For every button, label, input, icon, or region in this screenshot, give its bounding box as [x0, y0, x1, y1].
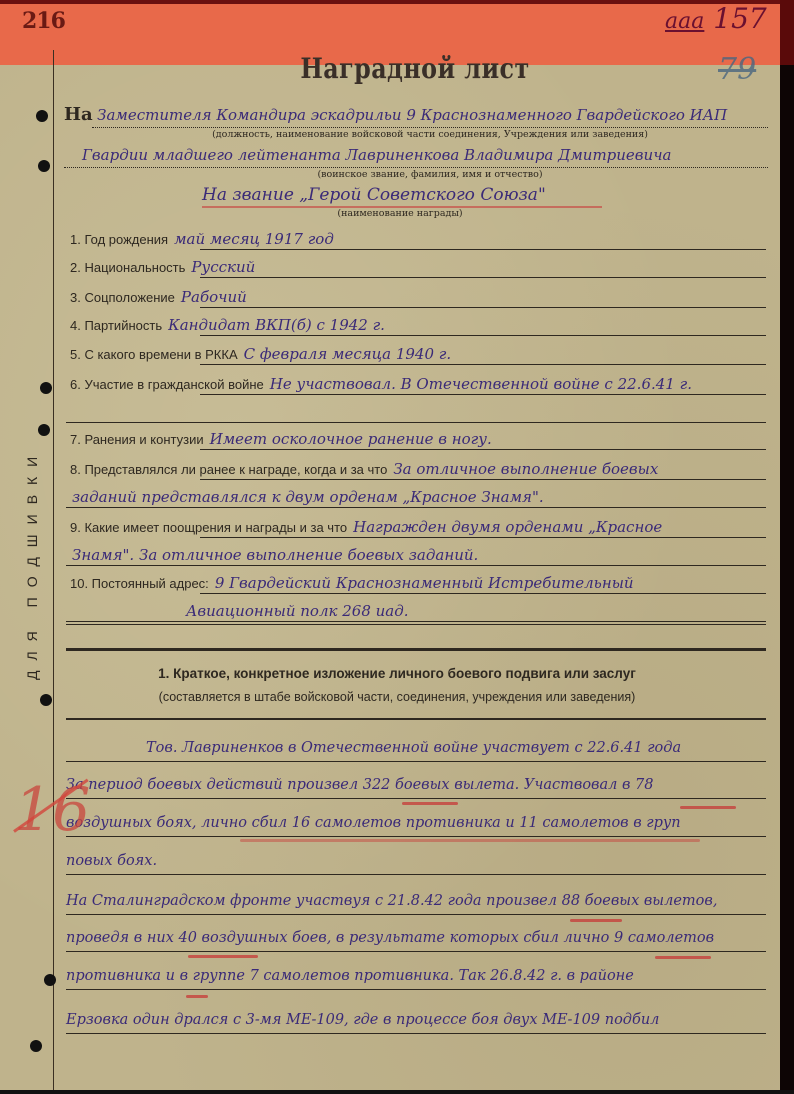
- narrative-line: На Сталинградском фронте участвуя с 21.8…: [66, 893, 717, 909]
- field-label: 4. Партийность: [70, 318, 162, 333]
- field-rule: [66, 507, 766, 508]
- field-rule: [66, 621, 766, 622]
- field-value: С февраля месяца 1940 г.: [244, 345, 452, 363]
- red-highlight: [680, 806, 736, 809]
- name-line: [64, 167, 768, 168]
- award-sheet: 216 ааа 157 79 Наградной лист На Замести…: [0, 0, 780, 1090]
- section-bottom-rule: [66, 718, 766, 720]
- recipient-prefix: На: [64, 104, 93, 125]
- red-highlight: [186, 995, 208, 998]
- field-label: 1. Год рождения: [70, 232, 168, 247]
- field-row: 9. Какие имеет поощрения и награды и за …: [70, 518, 662, 537]
- field-value: Авиационный полк 268 иад.: [186, 602, 409, 620]
- red-highlight: [240, 839, 700, 842]
- binding-hole: [38, 424, 50, 436]
- field-rule: [200, 449, 766, 450]
- narrative-rule: [66, 761, 766, 762]
- field-rule: [200, 479, 766, 480]
- field-row: 2. НациональностьРусский: [70, 258, 255, 277]
- award-name: На звание „Герой Советского Союза": [202, 185, 546, 205]
- field-value: Награжден двумя орденами „Красное: [353, 518, 662, 536]
- award-row: На звание „Герой Советского Союза": [202, 185, 546, 205]
- scan-edge-right: [780, 0, 794, 1094]
- binding-hole: [30, 1040, 42, 1052]
- binding-hole: [44, 974, 56, 986]
- field-row: 4. ПартийностьКандидат ВКП(б) с 1942 г.: [70, 316, 385, 335]
- field-value: заданий представлялся к двум орденам „Кр…: [72, 488, 544, 506]
- page-title: Наградной лист: [62, 52, 768, 85]
- binding-hole: [40, 382, 52, 394]
- narrative-line: Ерзовка один дрался с 3-мя МЕ-109, где в…: [66, 1012, 659, 1028]
- field-value: май месяц 1917 год: [174, 230, 334, 248]
- field-row: 5. С какого времени в РККАС февраля меся…: [70, 345, 451, 364]
- field-value: 9 Гвардейский Краснознаменный Истребител…: [215, 574, 634, 592]
- section-subtitle: (составляется в штабе войсковой части, с…: [0, 690, 794, 704]
- field-row: 1. Год рождениямай месяц 1917 год: [70, 230, 334, 249]
- field-row: 10. Постоянный адрес:9 Гвардейский Красн…: [70, 574, 634, 593]
- field-row: 7. Ранения и контузииИмеет осколочное ра…: [70, 430, 492, 449]
- field-row: Знамя". За отличное выполнение боевых за…: [66, 546, 478, 565]
- sheet-number: 216: [22, 8, 65, 34]
- recipient-position: Заместителя Командира эскадрильи 9 Красн…: [97, 106, 727, 124]
- narrative-rule: [66, 836, 766, 837]
- narrative-line: воздушных боях, лично сбил 16 самолетов …: [66, 815, 681, 831]
- narrative-line: противника и в группе 7 самолетов против…: [66, 968, 634, 984]
- award-caption: (наименование награды): [300, 208, 500, 219]
- side-label-for-binding: ДЛЯ ПОДШИВКИ: [24, 447, 40, 680]
- scan-edge-top: [0, 0, 794, 4]
- field-value: Кандидат ВКП(б) с 1942 г.: [168, 316, 385, 334]
- field-rule: [200, 537, 766, 538]
- red-highlight: [570, 919, 622, 922]
- narrative-rule: [66, 1033, 766, 1034]
- field-label: 9. Какие имеет поощрения и награды и за …: [70, 520, 347, 535]
- position-caption: (должность, наименование войсковой части…: [100, 129, 760, 140]
- field-rule: [200, 394, 766, 395]
- narrative-rule: [66, 989, 766, 990]
- archive-code: ааа 157: [665, 2, 767, 35]
- field-row: 3. СоцположениеРабочий: [70, 288, 247, 307]
- field-label: 2. Национальность: [70, 260, 185, 275]
- section-title: 1. Краткое, конкретное изложение личного…: [0, 666, 794, 681]
- field-row: заданий представлялся к двум орденам „Кр…: [66, 488, 544, 507]
- blank-rule: [66, 624, 766, 625]
- field-value: За отличное выполнение боевых: [393, 460, 658, 478]
- section-top-rule: [66, 648, 766, 651]
- field-rule: [200, 307, 766, 308]
- narrative-line: За период боевых действий произвел 322 б…: [66, 777, 653, 793]
- red-highlight: [655, 956, 711, 959]
- field-rule: [200, 277, 766, 278]
- field-value: Имеет осколочное ранение в ногу.: [210, 430, 492, 448]
- position-line: [92, 127, 768, 128]
- field-label: 10. Постоянный адрес:: [70, 576, 209, 591]
- narrative-rule: [66, 798, 766, 799]
- field-row: 6. Участие в гражданской войнеНе участво…: [70, 375, 692, 394]
- blank-rule: [66, 422, 766, 423]
- field-value: Русский: [191, 258, 255, 276]
- field-row: Авиационный полк 268 иад.: [180, 602, 409, 621]
- field-label: 7. Ранения и контузии: [70, 432, 204, 447]
- narrative-rule: [66, 914, 766, 915]
- scan-edge-right-top: [780, 0, 794, 65]
- field-label: 6. Участие в гражданской войне: [70, 377, 264, 392]
- field-value: Рабочий: [181, 288, 247, 306]
- field-rule: [66, 565, 766, 566]
- field-value: Знамя". За отличное выполнение боевых за…: [72, 546, 478, 564]
- field-rule: [200, 249, 766, 250]
- narrative-line: повых боях.: [66, 853, 157, 869]
- field-rule: [200, 335, 766, 336]
- recipient-name-row: Гвардии младшего лейтенанта Лавриненкова…: [82, 146, 671, 165]
- field-label: 3. Соцположение: [70, 290, 175, 305]
- field-label: 8. Представлялся ли ранее к награде, ког…: [70, 462, 387, 477]
- red-highlight: [402, 802, 458, 805]
- recipient-position-row: На Заместителя Командира эскадрильи 9 Кр…: [64, 104, 727, 125]
- field-rule: [200, 364, 766, 365]
- field-rule: [200, 593, 766, 594]
- binding-margin-line: [53, 50, 54, 1090]
- field-value: Не участвовал. В Отечественной войне с 2…: [270, 375, 692, 393]
- narrative-rule: [66, 951, 766, 952]
- field-label: 5. С какого времени в РККА: [70, 347, 238, 362]
- binding-hole: [40, 694, 52, 706]
- name-caption: (воинское звание, фамилия, имя и отчеств…: [100, 169, 760, 180]
- binding-hole: [36, 110, 48, 122]
- narrative-line: Тов. Лавриненков в Отечественной войне у…: [146, 740, 681, 756]
- red-highlight: [188, 955, 258, 958]
- scan-edge-bottom: [0, 1090, 794, 1094]
- narrative-line: проведя в них 40 воздушных боев, в резул…: [66, 930, 714, 946]
- field-row: 8. Представлялся ли ранее к награде, ког…: [70, 460, 658, 479]
- recipient-name: Гвардии младшего лейтенанта Лавриненкова…: [82, 146, 671, 164]
- narrative-rule: [66, 874, 766, 875]
- binding-hole: [38, 160, 50, 172]
